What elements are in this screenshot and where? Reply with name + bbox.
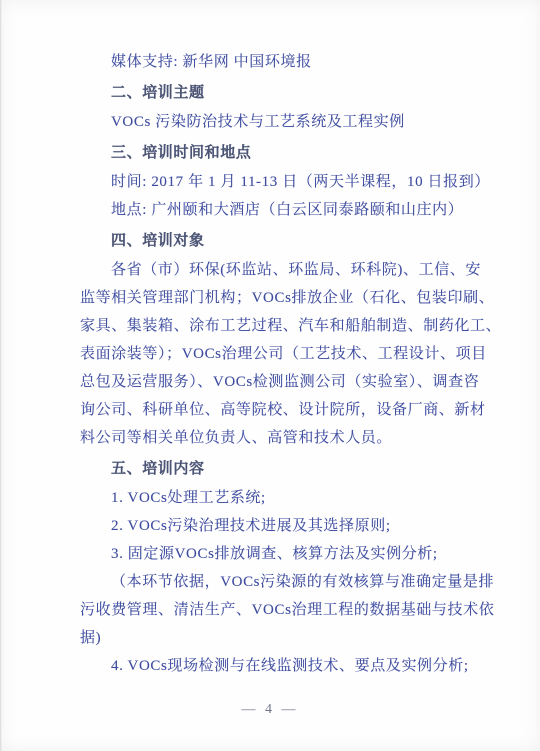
text-line: 家具、集装箱、涂布工艺过程、汽车和船舶制造、制药化工、 (80, 312, 492, 340)
text-line: 据) (80, 624, 492, 652)
text-line: 料公司等相关单位负责人、高管和技术人员。 (80, 424, 492, 452)
text-line: 污收费管理、清洁生产、VOCs治理工程的数据基础与技术依 (80, 596, 492, 624)
text-line: 4. VOCs现场检测与在线监测技术、要点及实例分析; (80, 652, 492, 680)
text-line: 各省（市）环保(环监站、环监局、环科院)、工信、安 (80, 256, 492, 284)
text-line: 总包及运营服务）、VOCs检测监测公司（实验室）、调查咨 (80, 368, 492, 396)
document-body: 媒体支持: 新华网 中国环境报二、培训主题VOCs 污染防治技术与工艺系统及工程… (80, 48, 492, 680)
section-heading: 四、培训对象 (80, 227, 492, 255)
text-line: 1. VOCs处理工艺系统; (80, 484, 492, 512)
section-heading: 三、培训时间和地点 (80, 139, 492, 167)
text-line: 询公司、科研单位、高等院校、设计院所，设备厂商、新材 (80, 396, 492, 424)
text-line: VOCs 污染防治技术与工艺系统及工程实例 (80, 108, 492, 136)
text-line: 地点: 广州颐和大酒店（白云区同泰路颐和山庄内） (80, 196, 492, 224)
text-line: 媒体支持: 新华网 中国环境报 (80, 48, 492, 76)
section-heading: 五、培训内容 (80, 455, 492, 483)
text-line: 2. VOCs污染治理技术进展及其选择原则; (80, 512, 492, 540)
section-heading: 二、培训主题 (80, 79, 492, 107)
page-number: — 4 — (242, 702, 299, 718)
page-footer: — 4 — (0, 700, 540, 718)
text-line: （本环节依据，VOCs污染源的有效核算与准确定量是排 (80, 568, 492, 596)
text-line: 监等相关管理部门机构；VOCs排放企业（石化、包装印刷、 (80, 284, 492, 312)
document-page: 媒体支持: 新华网 中国环境报二、培训主题VOCs 污染防治技术与工艺系统及工程… (0, 0, 540, 751)
text-line: 时间: 2017 年 1 月 11-13 日（两天半课程，10 日报到） (80, 168, 492, 196)
text-line: 表面涂装等）；VOCs治理公司（工艺技术、工程设计、项目 (80, 340, 492, 368)
text-line: 3. 固定源VOCs排放调查、核算方法及实例分析; (80, 540, 492, 568)
